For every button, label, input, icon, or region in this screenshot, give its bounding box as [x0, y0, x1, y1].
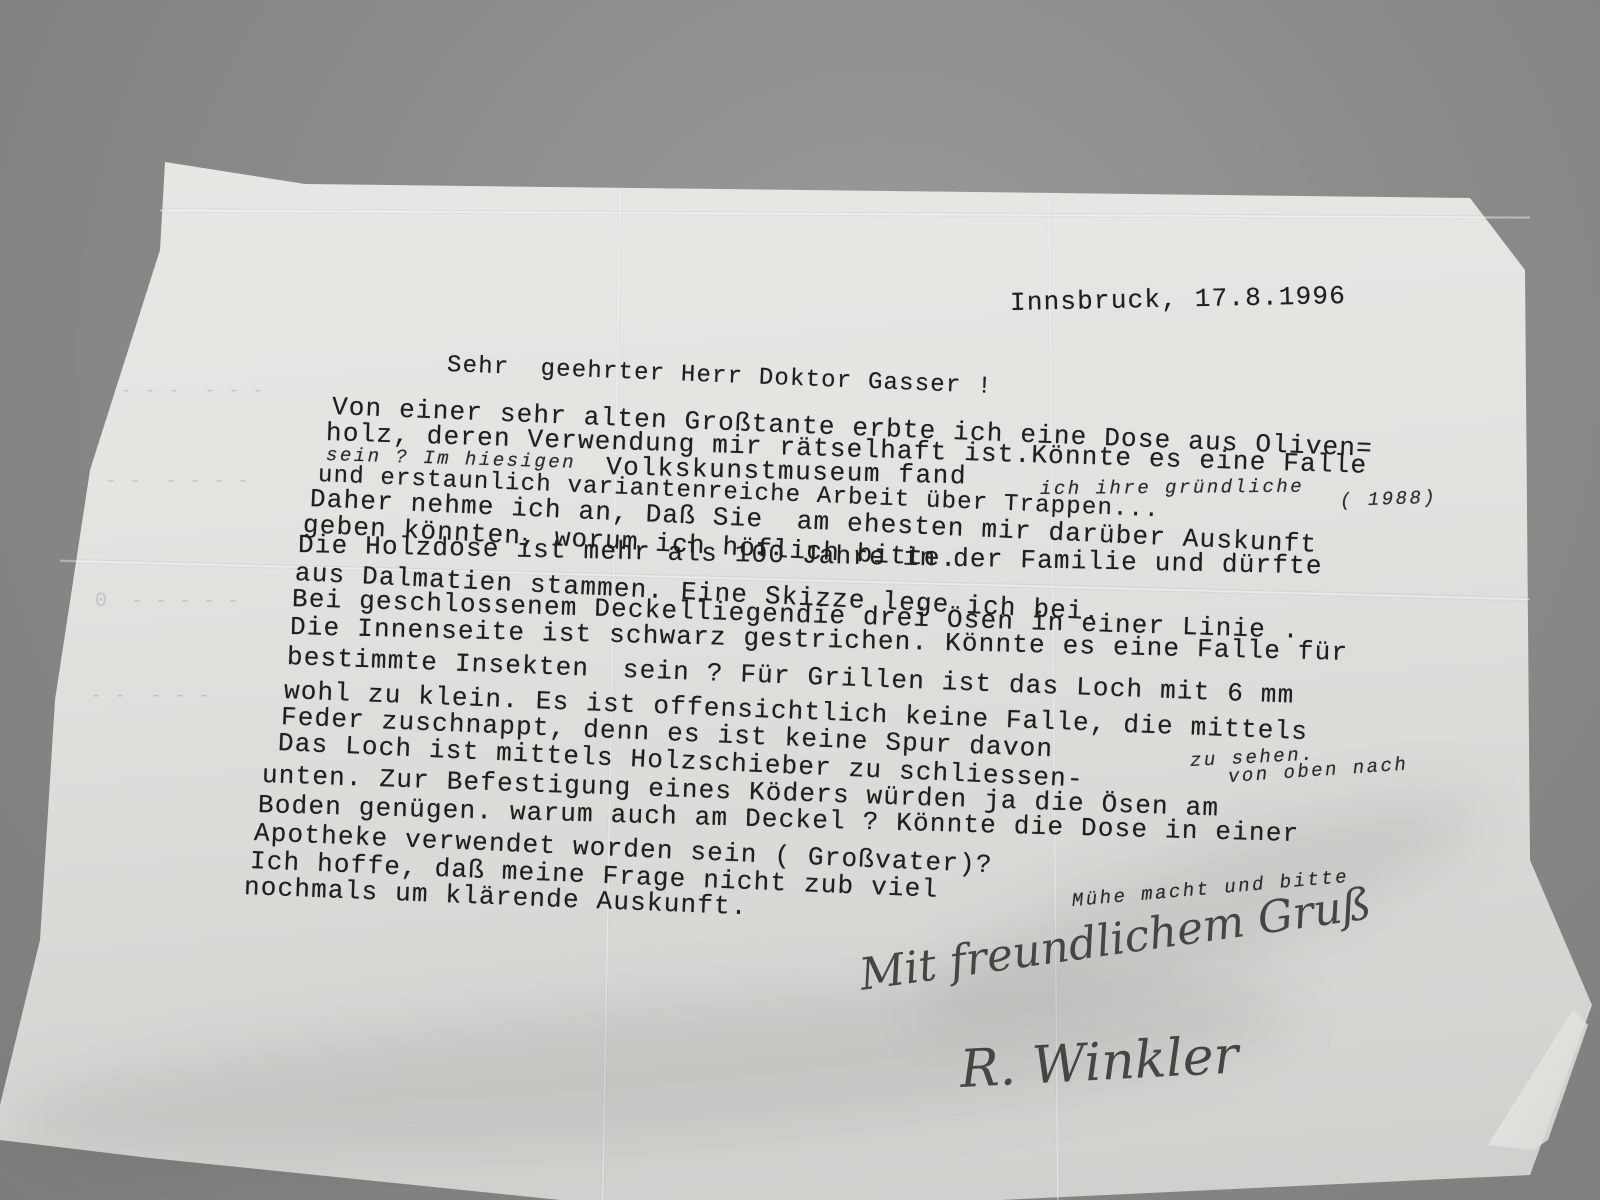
body-line: ( 1988) [1340, 487, 1438, 512]
show-through-text: - - - - - - [105, 470, 249, 493]
show-through-text: 0 - - - - - [95, 590, 239, 613]
show-through-text: - - - - - - [120, 380, 264, 403]
show-through-text: - - - - - [90, 685, 210, 708]
